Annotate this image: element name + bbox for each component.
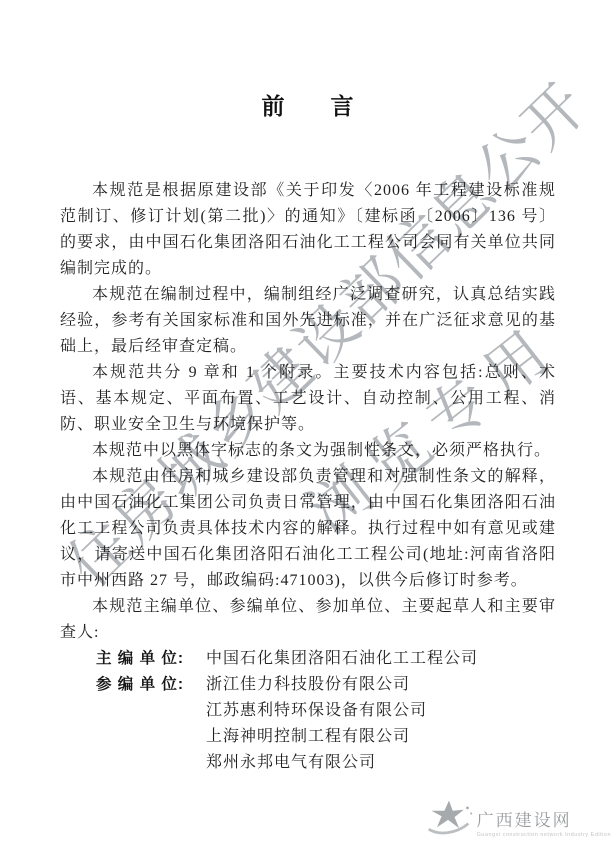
units-section: 主 编 单 位: 中国石化集团洛阳石油化工工程公司 参 编 单 位: 浙江佳力科… [96,646,556,776]
participating-units-row: 参 编 单 位: 浙江佳力科技股份有限公司 江苏惠利特环保设备有限公司 上海神明… [96,672,556,776]
chief-editor-unit-companies: 中国石化集团洛阳石油化工工程公司 [206,646,556,672]
page-title: 前 言 [0,88,615,121]
participating-units-label: 参 编 单 位: [96,672,206,698]
document-page: 住房城乡建设部信息公开 浏览专用 前 言 本规范是根据原建设部《关于印发〈200… [0,0,615,849]
company-name: 上海神明控制工程有限公司 [206,724,556,750]
site-watermark-logo: 广西建设网 Guangxi construction network Indus… [425,798,611,845]
body-text: 本规范是根据原建设部《关于印发〈2006 年工程建设标准规范制订、修订计划(第二… [60,178,556,776]
site-name: 广西建设网 [477,806,611,831]
participating-unit-companies: 浙江佳力科技股份有限公司 江苏惠利特环保设备有限公司 上海神明控制工程有限公司 … [206,672,556,776]
chief-editor-unit-label: 主 编 单 位: [96,646,206,672]
site-caption: Guangxi construction network Industry Ed… [477,832,611,838]
paragraph-drafting-process: 本规范在编制过程中，编制组经广泛调查研究，认真总结实践经验，参考有关国家标准和国… [60,282,556,360]
star-swoosh-icon [425,798,473,845]
paragraph-contents: 本规范共分 9 章和 1 个附录。主要技术内容包括:总则、术语、基本规定、平面布… [60,360,556,438]
paragraph-mandatory-clauses: 本规范中以黑体字标志的条文为强制性条文，必须严格执行。 [60,438,556,464]
company-name: 江苏惠利特环保设备有限公司 [206,698,556,724]
company-name: 浙江佳力科技股份有限公司 [206,672,556,698]
paragraph-basis: 本规范是根据原建设部《关于印发〈2006 年工程建设标准规范制订、修订计划(第二… [60,178,556,282]
paragraph-units-intro: 本规范主编单位、参编单位、参加单位、主要起草人和主要审查人: [60,594,556,646]
site-logo-text: 广西建设网 Guangxi construction network Indus… [477,806,611,838]
company-name: 郑州永邦电气有限公司 [206,750,556,776]
chief-editor-unit-row: 主 编 单 位: 中国石化集团洛阳石油化工工程公司 [96,646,556,672]
paragraph-management: 本规范由住房和城乡建设部负责管理和对强制性条文的解释，由中国石油化工集团公司负责… [60,464,556,594]
company-name: 中国石化集团洛阳石油化工工程公司 [206,646,556,672]
